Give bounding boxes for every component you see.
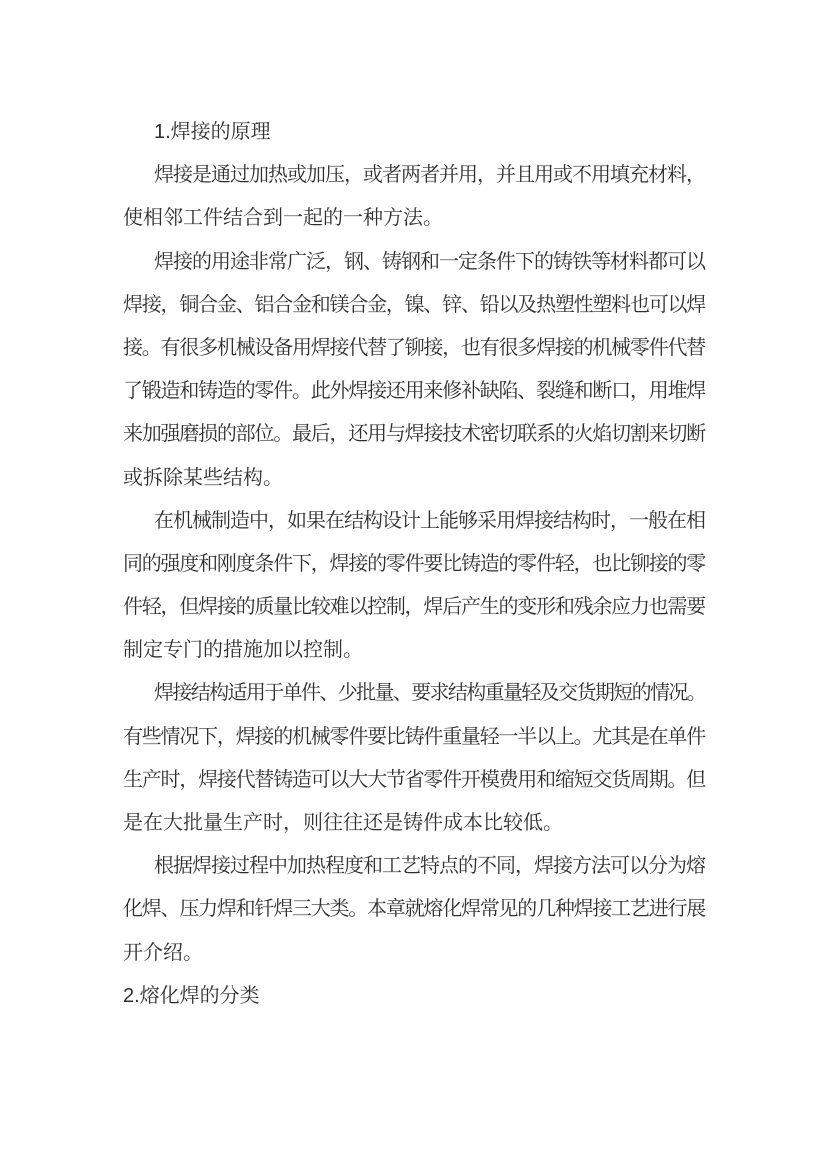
text-line: 来加强磨损的部位。最后，还用与焊接技术密切联系的火焰切割来切断: [123, 413, 705, 456]
paragraph: 在机械制造中，如果在结构设计上能够采用焊接结构时，一般在相同的强度和刚度条件下，…: [123, 500, 705, 673]
text-line: 同的强度和刚度条件下，焊接的零件要比铸造的零件轻，也比铆接的零: [123, 543, 705, 586]
paragraph: 焊接结构适用于单件、少批量、要求结构重量轻及交货期短的情况。有些情况下，焊接的机…: [123, 672, 705, 845]
section-heading: 2.熔化焊的分类: [123, 975, 705, 1018]
text-line: 焊接，铜合金、铝合金和镁合金，镍、锌、铅以及热塑性塑料也可以焊: [123, 284, 705, 327]
section-heading: 1.焊接的原理: [123, 111, 705, 154]
document-page: 1.焊接的原理焊接是通过加热或加压，或者两者并用，并且用或不用填充材料，使相邻工…: [0, 0, 826, 1169]
text-line: 是在大批量生产时，则往往还是铸件成本比较低。: [123, 802, 705, 845]
text-line: 制定专门的措施加以控制。: [123, 629, 705, 672]
text-line: 根据焊接过程中加热程度和工艺特点的不同，焊接方法可以分为熔: [123, 845, 705, 888]
text-line: 生产时，焊接代替铸造可以大大节省零件开模费用和缩短交货周期。但: [123, 759, 705, 802]
text-line: 接。有很多机械设备用焊接代替了铆接，也有很多焊接的机械零件代替: [123, 327, 705, 370]
text-line: 焊接结构适用于单件、少批量、要求结构重量轻及交货期短的情况。: [123, 672, 705, 715]
text-line: 焊接是通过加热或加压，或者两者并用，并且用或不用填充材料，: [123, 154, 705, 197]
document-content: 1.焊接的原理焊接是通过加热或加压，或者两者并用，并且用或不用填充材料，使相邻工…: [123, 111, 705, 1018]
text-line: 在机械制造中，如果在结构设计上能够采用焊接结构时，一般在相: [123, 500, 705, 543]
text-line: 开介绍。: [123, 932, 705, 975]
text-line: 了锻造和铸造的零件。此外焊接还用来修补缺陷、裂缝和断口，用堆焊: [123, 370, 705, 413]
paragraph: 根据焊接过程中加热程度和工艺特点的不同，焊接方法可以分为熔化焊、压力焊和钎焊三大…: [123, 845, 705, 975]
text-line: 有些情况下，焊接的机械零件要比铸件重量轻一半以上。尤其是在单件: [123, 716, 705, 759]
paragraph: 焊接是通过加热或加压，或者两者并用，并且用或不用填充材料，使相邻工件结合到一起的…: [123, 154, 705, 240]
text-line: 使相邻工件结合到一起的一种方法。: [123, 197, 705, 240]
heading-line: 2.熔化焊的分类: [123, 975, 705, 1018]
text-line: 化焊、压力焊和钎焊三大类。本章就熔化焊常见的几种焊接工艺进行展: [123, 888, 705, 931]
text-line: 焊接的用途非常广泛，钢、铸钢和一定条件下的铸铁等材料都可以: [123, 241, 705, 284]
text-line: 或拆除某些结构。: [123, 457, 705, 500]
paragraph: 焊接的用途非常广泛，钢、铸钢和一定条件下的铸铁等材料都可以焊接，铜合金、铝合金和…: [123, 241, 705, 500]
heading-line: 1.焊接的原理: [123, 111, 705, 154]
text-line: 件轻，但焊接的质量比较难以控制，焊后产生的变形和残余应力也需要: [123, 586, 705, 629]
